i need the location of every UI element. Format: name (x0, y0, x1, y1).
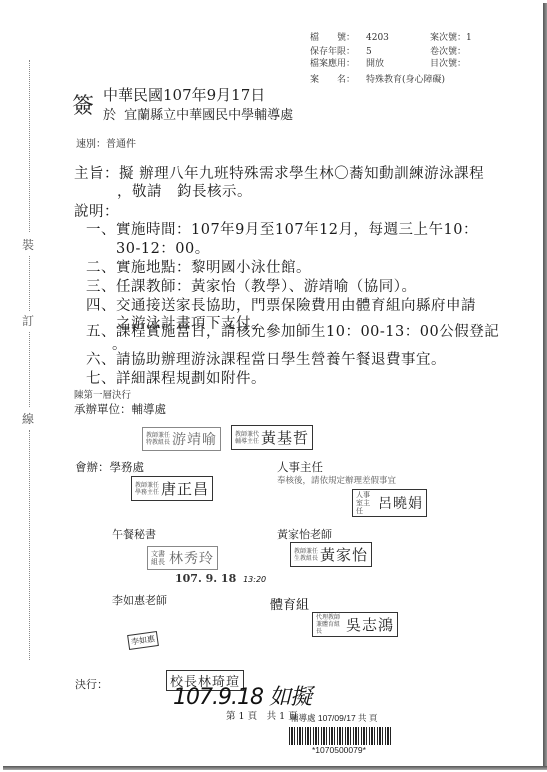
personnel-note: 奉核後，請依規定辦理差假事宜 (277, 474, 396, 486)
explanation-item-7: 七、詳細課程規劃如附件。 (86, 367, 266, 388)
issuing-office: 於 宜蘭縣立中華國民中學輔導處 (103, 104, 293, 123)
file-number: 檔 號：4203 (310, 30, 389, 43)
explanation-item-1: 一、實施時間：107年9月至107年12月，每週三上午10： (86, 218, 478, 239)
explanation-item-6: 六、請協助辦理游泳課程當日學生營養午餐退費事宜。 (86, 348, 446, 369)
sign-char: 簽 (72, 89, 94, 120)
barcode-number: *1070500079* (312, 745, 366, 755)
binding-line (29, 332, 30, 407)
stamp-huang-jizhe: 教師兼代輔導主任 黃基哲 (231, 425, 313, 450)
stamp-li-ruhui: 李如惠 (127, 631, 159, 650)
co-sign-unit: 會辦：學務處 (75, 459, 144, 475)
item-number: 目次號： (430, 56, 466, 69)
binding-mark-zhuang: 裝 (22, 236, 34, 253)
lunch-handwritten-date: 107. 9. 18 13:20 (175, 572, 266, 585)
decision-level: 陳第一層決行 (74, 387, 131, 401)
barcode-header: 輔導處 107/09/17 共 頁 (290, 712, 377, 724)
page-shadow-right (543, 3, 547, 770)
case-name: 案 名：特殊教育(身心障礙) (310, 72, 445, 85)
stamp-tang-zhengchang: 教師兼任學務主任 唐正昌 (131, 476, 213, 501)
stamp-wu-zhihong: 代理教師兼體育組長 吳志鴻 (312, 612, 398, 637)
binding-line (29, 430, 30, 660)
stamp-lv-xiaojuan: 人事室主任 呂曉娟 (352, 489, 427, 517)
stamp-huang-jiayi: 教師兼任生教組長 黃家怡 (290, 542, 372, 567)
speed-class: 速別：普通件 (76, 135, 136, 150)
page-info: 第 1 頁 共 1 頁 (226, 708, 298, 722)
lunch-secretary-label: 午餐秘書 (112, 526, 156, 542)
case-number: 案次號：1 (430, 30, 472, 43)
decision-label: 決行： (75, 676, 108, 692)
binding-mark-xian: 線 (22, 410, 34, 427)
binding-line (29, 256, 30, 311)
stamp-lin-xiuling: 文書組長 林秀玲 (147, 546, 218, 570)
stamp-you-jingyu: 教師兼任特教組長 游靖喻 (142, 427, 221, 451)
pe-group-handwritten: 體育組 (270, 594, 309, 613)
teacher-li-label: 李如惠老師 (112, 592, 167, 608)
barcode (289, 727, 392, 745)
archive-usage: 檔案應用：開放 (310, 56, 384, 69)
document-page: 裝 訂 線 檔 號：4203 保存年限：5 檔案應用：開放 案次號：1 卷次號：… (0, 0, 543, 766)
explanation-item-3: 三、任課教師：黃家怡（教學）、游靖喻（協同）。 (86, 275, 417, 296)
explanation-item-1-cont: 30-12：00。 (116, 237, 210, 258)
document-date: 中華民國107年9月17日 (103, 84, 265, 105)
teacher-huang-label: 黃家怡老師 (277, 526, 332, 542)
binding-mark-ding: 訂 (22, 312, 34, 329)
explanation-item-2: 二、實施地點：黎明國小泳仕館。 (86, 256, 311, 277)
personnel-director-label: 人事主任 (277, 459, 323, 475)
explanation-item-5-line: 五、課程實施當日，請核允參加師生10：00-13：00公假登記 (86, 320, 499, 341)
subject-line-2: ，敬請 鈞長核示。 (117, 180, 252, 201)
handling-unit: 承辦單位：輔導處 (74, 401, 166, 417)
page-shadow-bottom (3, 766, 547, 770)
principal-signature: 107.9.18 如擬 (173, 680, 311, 711)
binding-line (29, 60, 30, 232)
